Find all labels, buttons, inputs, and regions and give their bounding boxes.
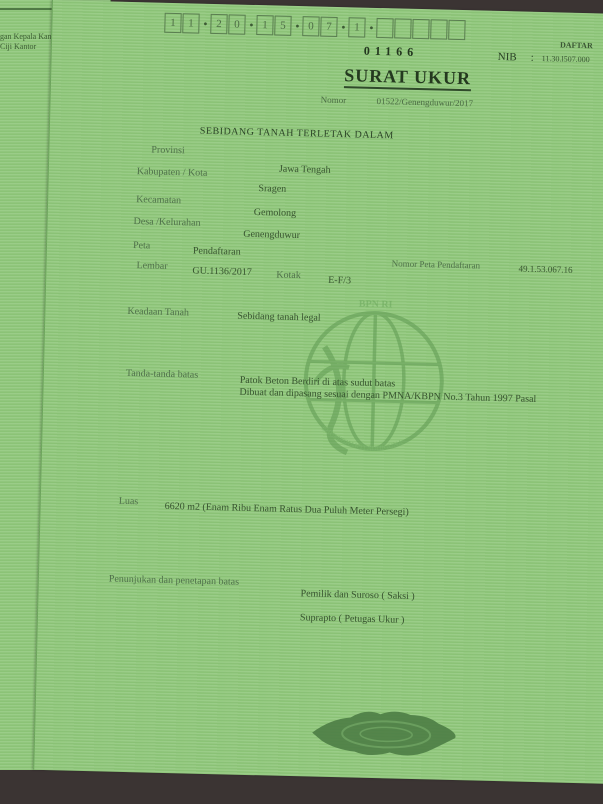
ornamental-seal-icon bbox=[310, 707, 461, 761]
lembar-label: Lembar bbox=[136, 260, 167, 272]
serial-box-row: 1 1 • 2 0 • 1 5 • 0 7 • 1 • bbox=[164, 13, 466, 40]
peta-value: Pendaftaran bbox=[193, 246, 241, 258]
serial-number: 01166 bbox=[364, 44, 419, 60]
nomor-value: 01522/Genengduwur/2017 bbox=[377, 96, 474, 108]
kabupaten-label: Kabupaten / Kota bbox=[137, 166, 208, 179]
kabupaten-value: Sragen bbox=[258, 183, 286, 195]
document-title: SURAT UKUR bbox=[344, 65, 471, 91]
luas-label: Luas bbox=[119, 496, 139, 507]
serial-box bbox=[412, 19, 429, 39]
penunjukan-line1: Pemilik dan Suroso ( Saksi ) bbox=[300, 588, 414, 602]
desa-value: Genengduwur bbox=[243, 229, 300, 241]
surat-ukur-document: 1 1 • 2 0 • 1 5 • 0 7 • 1 • 01166 DAFTAR… bbox=[33, 0, 603, 784]
nib-colon: : bbox=[531, 52, 534, 64]
serial-box: 0 bbox=[228, 14, 245, 34]
nib-value: 11.30.l507.000 bbox=[542, 54, 590, 64]
kecamatan-label: Kecamatan bbox=[136, 194, 181, 206]
section-heading: SEBIDANG TANAH TERLETAK DALAM bbox=[200, 126, 394, 142]
serial-box: 1 bbox=[256, 15, 273, 35]
nomor-peta-value: 49.1.53.067.16 bbox=[518, 263, 572, 274]
serial-box bbox=[376, 18, 393, 38]
provinsi-label: Provinsi bbox=[151, 144, 185, 156]
kotak-label: Kotak bbox=[276, 270, 301, 282]
lembar-value: GU.1136/2017 bbox=[192, 266, 252, 278]
keadaan-tanah-value: Sebidang tanah legal bbox=[237, 311, 321, 324]
serial-box: 7 bbox=[320, 17, 337, 37]
serial-box bbox=[448, 20, 465, 40]
nomor-label: Nomor bbox=[321, 95, 347, 106]
serial-box: 1 bbox=[164, 13, 181, 33]
keadaan-tanah-label: Keadaan Tanah bbox=[127, 306, 189, 319]
serial-dot: • bbox=[292, 18, 302, 33]
serial-box: 2 bbox=[210, 14, 227, 34]
peta-label: Peta bbox=[133, 240, 150, 251]
penunjukan-line2: Suprapto ( Petugas Ukur ) bbox=[300, 612, 405, 626]
stamp-top-text: BPN RI bbox=[359, 299, 393, 311]
penunjukan-label: Penunjukan dan penetapan batas bbox=[109, 574, 239, 588]
serial-box bbox=[394, 18, 411, 38]
luas-value: 6620 m2 (Enam Ribu Enam Ratus Dua Puluh … bbox=[165, 501, 409, 518]
nib-label: NIB bbox=[498, 51, 517, 63]
serial-dot: • bbox=[366, 20, 376, 35]
nomor-peta-label: Nomor Peta Pendaftaran bbox=[392, 258, 481, 270]
serial-box bbox=[430, 19, 447, 39]
kecamatan-value: Gemolong bbox=[254, 207, 296, 219]
kotak-value: E-F/3 bbox=[328, 275, 351, 287]
serial-dot: • bbox=[200, 16, 210, 31]
serial-dot: • bbox=[338, 20, 348, 35]
serial-dot: • bbox=[246, 17, 256, 32]
serial-box: 1 bbox=[182, 13, 199, 33]
desa-label: Desa /Kelurahan bbox=[133, 216, 200, 229]
header-label-daftar: DAFTAR bbox=[560, 40, 593, 50]
serial-box: 1 bbox=[348, 17, 365, 37]
serial-box: 5 bbox=[274, 15, 291, 35]
serial-box: 0 bbox=[302, 16, 319, 36]
tanda-batas-label: Tanda-tanda batas bbox=[126, 368, 199, 381]
provinsi-value: Jawa Tengah bbox=[279, 164, 331, 176]
